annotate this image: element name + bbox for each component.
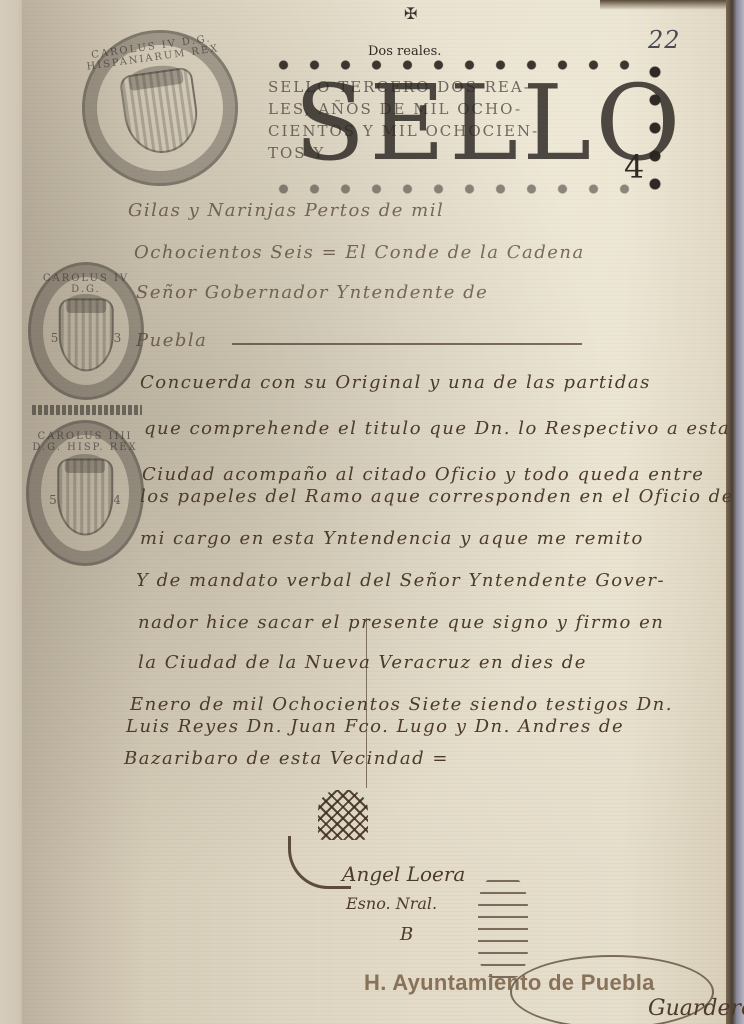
coat-of-arms-icon	[119, 66, 203, 157]
body-line-6: Y de mandato verbal del Señor Yntendente…	[136, 570, 665, 591]
sello-stamp: SELLO TERCERO DOS REA- LES, AÑOS DE MIL …	[268, 58, 668, 198]
coat-of-arms-icon	[59, 298, 114, 371]
stamp-dot-border-bottom	[268, 182, 648, 196]
royal-seal-middle: CAROLUS IV D.G. 5 3	[28, 262, 144, 400]
page-top-edge	[600, 0, 744, 10]
body-line-3: Ciudad acompaño al citado Oficio y todo …	[142, 464, 704, 485]
notary-signature: Angel Loera	[342, 862, 465, 886]
royal-seal-lower: CAROLUS IIII D.G. HISP. REX 5 4	[26, 420, 144, 566]
body-line-2: que comprehende el titulo que Dn. lo Res…	[144, 418, 730, 439]
seal-ring-text: CAROLUS IIII D.G. HISP. REX	[29, 431, 141, 453]
body-line-7: nador hice sacar el presente que signo y…	[138, 612, 664, 633]
stamp-number: 4	[624, 148, 644, 186]
body-line-9: Enero de mil Ochocientos Siete siendo te…	[130, 694, 673, 715]
seal-number-left: 5	[49, 493, 57, 507]
seal-value-bar	[32, 405, 142, 415]
body-line-8: la Ciudad de la Nueva Veracruz en dies d…	[138, 652, 587, 673]
notary-title: Esno. Nral.	[346, 894, 437, 913]
body-line-4: los papeles del Ramo aque corresponden e…	[140, 486, 734, 507]
seal-number-right: 3	[114, 331, 122, 345]
heading-line-1: Gilas y Narinjas Pertos de mil	[128, 200, 444, 221]
separator-rule	[232, 343, 582, 345]
notarial-rubric-icon	[318, 790, 368, 840]
seal-number-right: 4	[113, 493, 121, 507]
notary-mark: B	[400, 924, 413, 945]
archive-watermark: H. Ayuntamiento de Puebla	[364, 970, 655, 996]
heading-line-2: Ochocientos Seis = El Conde de la Cadena	[134, 242, 585, 263]
signature-flourish	[478, 878, 528, 978]
body-line-10: Luis Reyes Dn. Juan Fco. Lugo y Dn. Andr…	[126, 716, 624, 737]
body-line-1: Concuerda con su Original y una de las p…	[140, 372, 651, 393]
vertical-pen-stroke	[366, 618, 367, 788]
stamp-denomination: Dos reales.	[368, 44, 441, 59]
heading-line-4: Puebla	[136, 330, 207, 351]
page-right-edge	[726, 0, 744, 1024]
cross-ornament-icon: ✠	[404, 4, 417, 23]
coat-of-arms-icon	[57, 458, 113, 535]
body-line-11: Bazaribaro de esta Vecindad =	[124, 748, 449, 769]
bottom-signature: Guardero	[648, 996, 744, 1021]
seal-number-left: 5	[51, 331, 59, 345]
seal-ring-text: CAROLUS IV D.G.	[31, 273, 141, 295]
heading-line-3: Señor Gobernador Yntendente de	[136, 282, 488, 303]
folio-number: 22	[648, 26, 681, 54]
body-line-5: mi cargo en esta Yntendencia y aque me r…	[140, 528, 644, 549]
